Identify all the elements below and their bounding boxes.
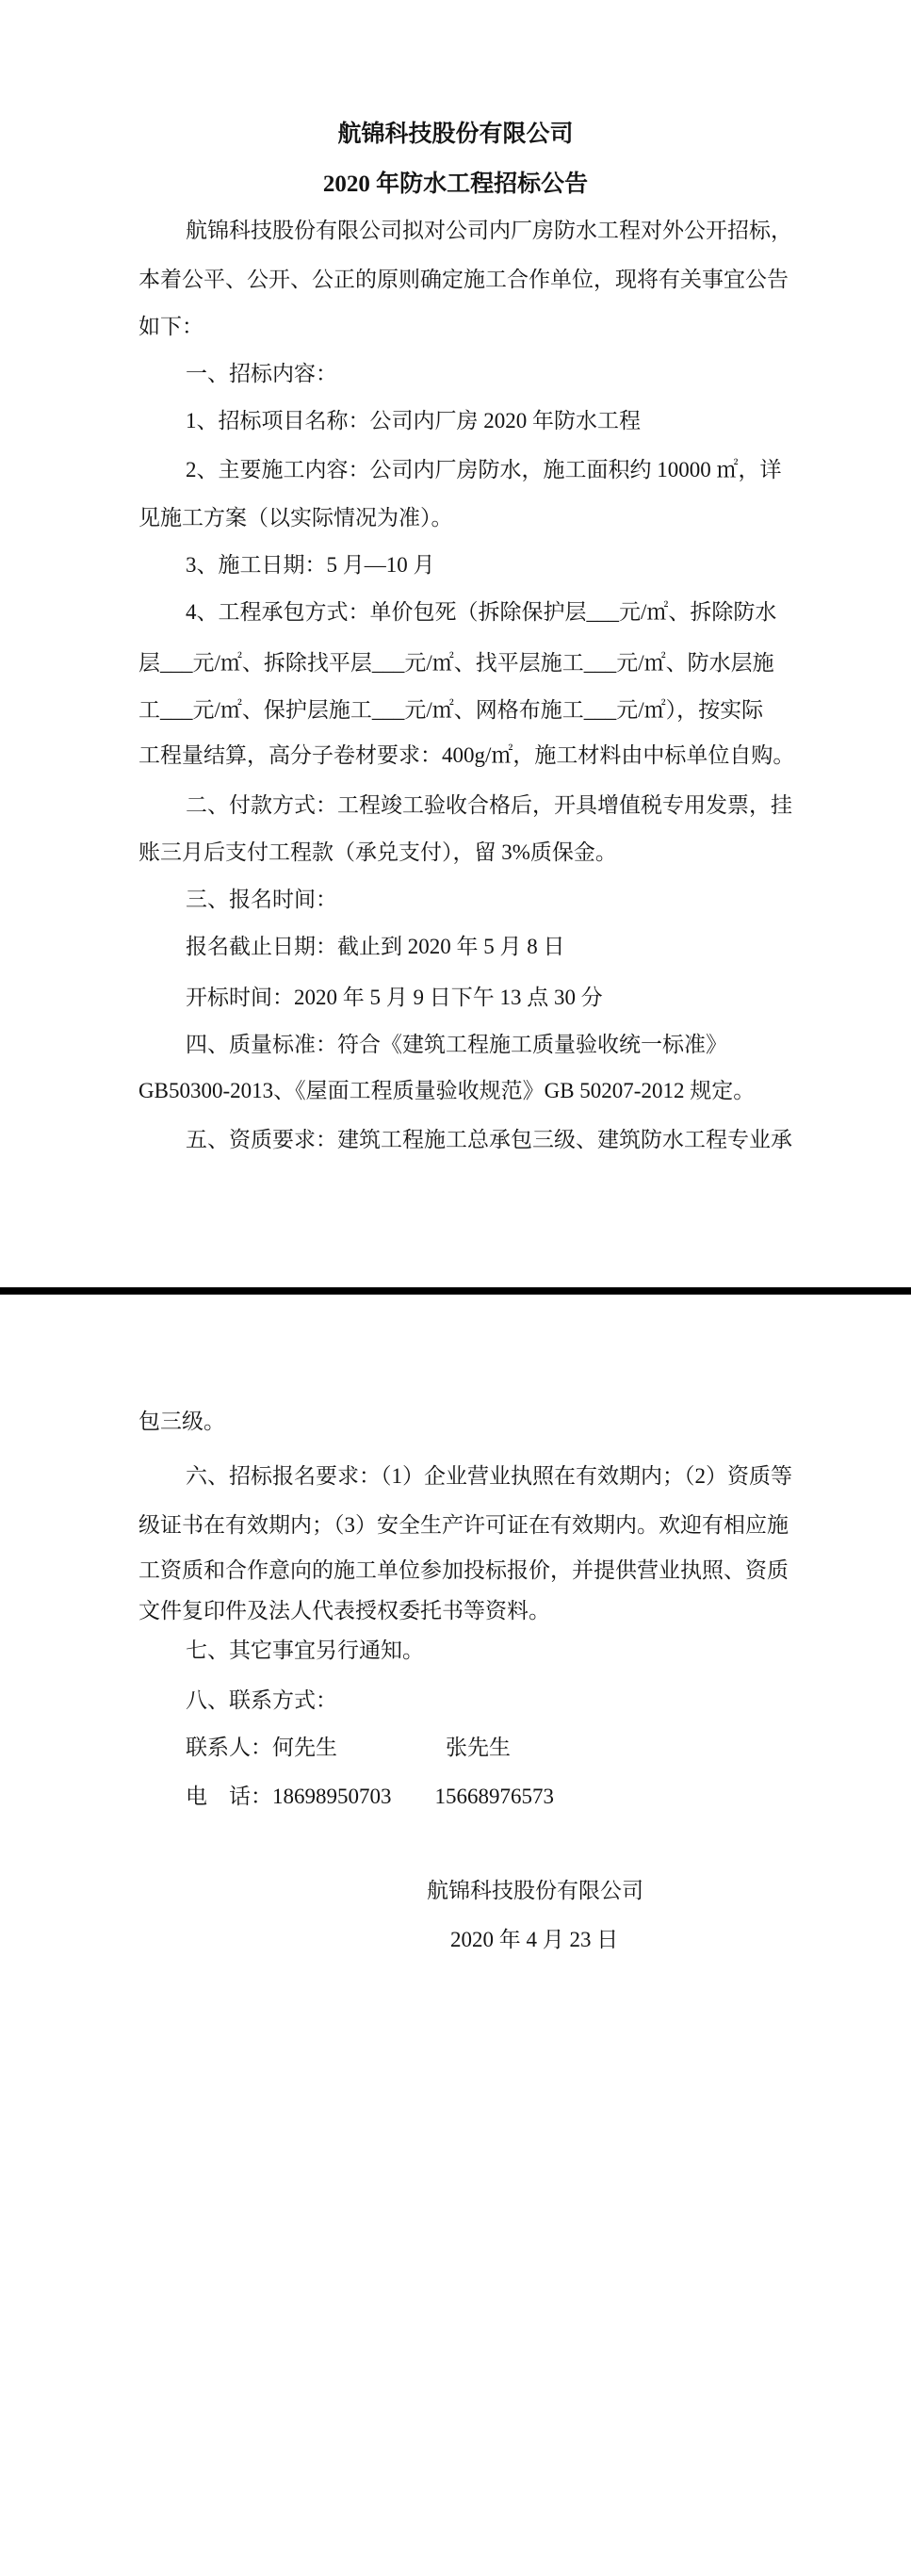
body-line: 航锦科技股份有限公司拟对公司内厂房防水工程对外公开招标， [186, 217, 792, 245]
body-line: 2、主要施工内容：公司内厂房防水，施工面积约 10000 ㎡，详 [186, 456, 782, 484]
section-heading-8: 八、联系方式： [186, 1687, 337, 1715]
contact-phones-line: 电 话：18698950703 15668976573 [186, 1783, 554, 1811]
body-line: 3、施工日期：5 月—10 月 [186, 551, 435, 579]
body-line: 开标时间：2020 年 5 月 9 日下午 13 点 30 分 [186, 984, 603, 1012]
document-page: 航锦科技股份有限公司 2020 年防水工程招标公告 航锦科技股份有限公司拟对公司… [0, 0, 911, 2576]
body-line: 本着公平、公开、公正的原则确定施工合作单位，现将有关事宜公告 [138, 266, 789, 294]
section-heading-5: 五、资质要求：建筑工程施工总承包三级、建筑防水工程专业承 [186, 1126, 792, 1154]
body-line: 层___元/㎡、拆除找平层___元/㎡、找平层施工___元/㎡、防水层施 [138, 649, 774, 677]
body-line: 如下： [138, 313, 203, 341]
body-line: 1、招标项目名称：公司内厂房 2020 年防水工程 [186, 407, 641, 435]
signature-company: 航锦科技股份有限公司 [427, 1877, 643, 1905]
body-line: 报名截止日期：截止到 2020 年 5 月 8 日 [186, 933, 565, 961]
body-line: 账三月后支付工程款（承兑支付），留 3%质保金。 [138, 839, 617, 867]
body-line: 级证书在有效期内；（3）安全生产许可证在有效期内。欢迎有相应施 [138, 1511, 789, 1540]
body-line: 工资质和合作意向的施工单位参加投标报价，并提供营业执照、资质 [138, 1557, 789, 1585]
page-break-divider [0, 1287, 911, 1295]
section-heading-3: 三、报名时间： [186, 886, 337, 914]
section-heading-4: 四、质量标准：符合《建筑工程施工质量验收统一标准》 [186, 1031, 727, 1059]
body-line: 文件复印件及法人代表授权委托书等资料。 [138, 1597, 550, 1625]
section-heading-6: 六、招标报名要求：（1）企业营业执照在有效期内；（2）资质等 [186, 1462, 792, 1491]
section-heading-7: 七、其它事宜另行通知。 [186, 1637, 424, 1665]
signature-date: 2020 年 4 月 23 日 [450, 1926, 618, 1954]
body-line: 包三级。 [138, 1408, 225, 1436]
body-line: 工程量结算，高分子卷材要求：400g/㎡，施工材料由中标单位自购。 [138, 742, 794, 770]
body-line: 工___元/㎡、保护层施工___元/㎡、网格布施工___元/㎡），按实际 [138, 696, 763, 725]
contact-persons-line: 联系人：何先生 张先生 [186, 1734, 511, 1762]
section-heading-2: 二、付款方式：工程竣工验收合格后，开具增值税专用发票，挂 [186, 791, 792, 820]
document-subtitle: 2020 年防水工程招标公告 [0, 171, 911, 199]
body-line: 4、工程承包方式：单价包死（拆除保护层___元/㎡、拆除防水 [186, 598, 776, 627]
body-line: GB50300-2013、《屋面工程质量验收规范》GB 50207-2012 规… [138, 1077, 755, 1105]
body-line: 见施工方案（以实际情况为准）。 [138, 504, 453, 532]
document-title: 航锦科技股份有限公司 [0, 121, 911, 149]
section-heading-1: 一、招标内容： [186, 360, 337, 388]
